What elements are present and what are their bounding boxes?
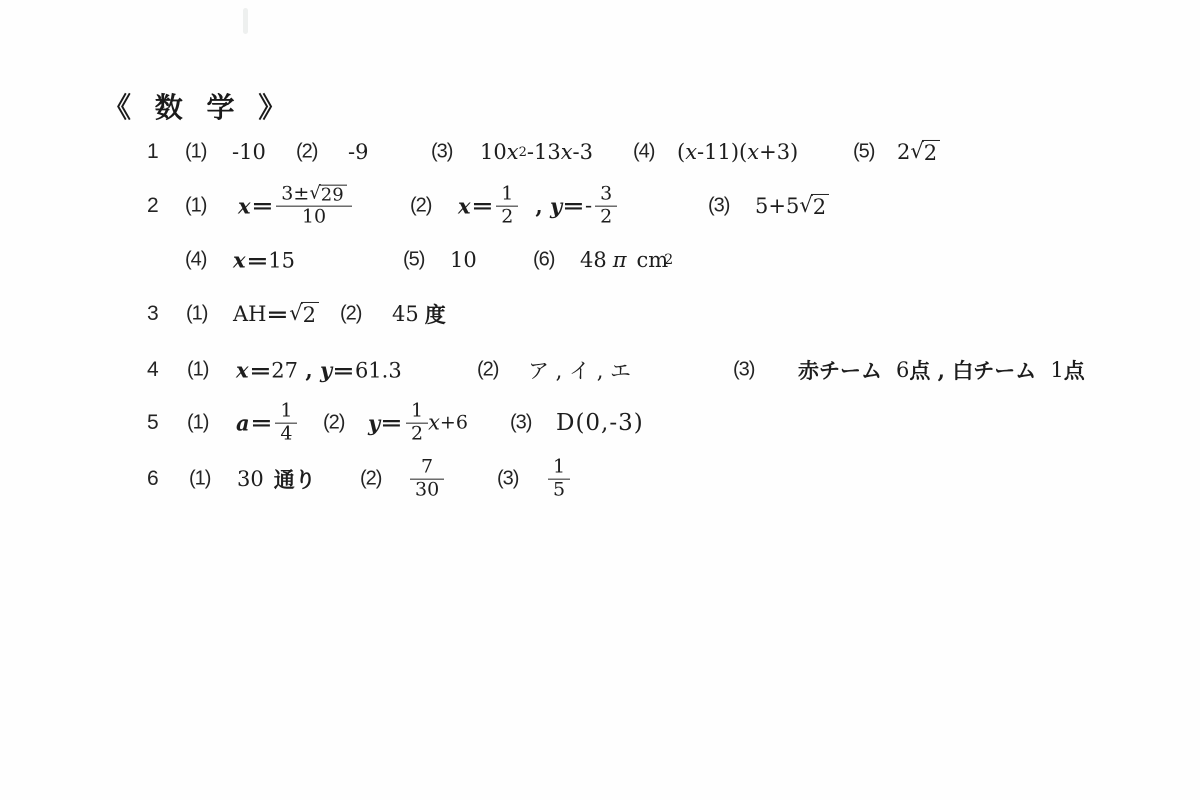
p2-a3-label: (3) <box>708 195 729 218</box>
p3-a1-value: AH=√2 <box>233 302 319 326</box>
scan-artifact <box>243 8 248 34</box>
fraction: 12 <box>496 184 518 229</box>
problem-2-row-1: 2 (1) x=3±√2910 (2) x=12, y=-32 (3) 5+5√… <box>0 176 1200 236</box>
p5-a2-value: y=12x+6 <box>368 401 468 446</box>
fraction: 3±√2910 <box>276 184 351 229</box>
p6-a1-value: 30通り <box>237 464 316 494</box>
p1-a4-label: (4) <box>633 141 654 164</box>
problem-3-number: 3 <box>147 302 159 326</box>
p2-a6-label: (6) <box>533 249 554 272</box>
p2-a2-value: x=12, y=-32 <box>458 184 620 229</box>
p2-a4-value: x=15 <box>233 248 295 273</box>
problem-5-number: 5 <box>147 411 159 435</box>
p1-a1-value: -10 <box>232 140 266 164</box>
problem-2-number: 2 <box>147 194 159 218</box>
p1-a3-value: 10x2-13x-3 <box>480 140 593 164</box>
p5-a3-label: (3) <box>510 412 531 435</box>
p2-a5-label: (5) <box>403 249 424 272</box>
sqrt-radical: √29 <box>309 185 346 206</box>
p2-a5-value: 10 <box>450 248 477 272</box>
p4-a1-value: x=27 , y=61.3 <box>236 358 402 383</box>
p2-a6-value: 48πcm2 <box>580 248 673 272</box>
p6-a3-label: (3) <box>497 468 518 491</box>
p4-a3-value: 赤チーム6点 , 白チーム1点 <box>798 355 1085 385</box>
problem-4-row: 4 (1) x=27 , y=61.3 (2) ア , イ , エ (3) 赤チ… <box>0 350 1200 390</box>
p3-a1-label: (1) <box>186 303 207 326</box>
p3-a2-value: 45度 <box>392 299 446 329</box>
problem-6-number: 6 <box>147 467 159 491</box>
p2-a4-label: (4) <box>185 249 206 272</box>
problem-1-row: 1 (1) -10 (2) -9 (3) 10x2-13x-3 (4) (x-1… <box>0 134 1200 170</box>
p1-a2-label: (2) <box>296 141 317 164</box>
fraction: 32 <box>595 184 617 229</box>
p5-a3-value: D(0,-3) <box>556 410 644 436</box>
answer-sheet-page: 《 数 学 》 1 (1) -10 (2) -9 (3) 10x2-13x-3 … <box>0 0 1200 800</box>
p6-a3-value: 15 <box>545 457 573 502</box>
p4-a2-label: (2) <box>477 359 498 382</box>
problem-2-row-2: (4) x=15 (5) 10 (6) 48πcm2 <box>0 240 1200 280</box>
p3-a2-label: (2) <box>340 303 361 326</box>
problem-6-row: 6 (1) 30通り (2) 730 (3) 15 <box>0 448 1200 510</box>
p4-a2-value: ア , イ , エ <box>528 355 631 385</box>
p5-a1-label: (1) <box>187 412 208 435</box>
p5-a1-value: a=14 <box>236 401 300 446</box>
p6-a2-label: (2) <box>360 468 381 491</box>
sqrt-radical: √2 <box>799 194 829 218</box>
p1-a5-label: (5) <box>853 141 874 164</box>
section-title: 《 数 学 》 <box>103 86 293 126</box>
fraction: 14 <box>275 401 297 446</box>
fraction: 12 <box>406 401 428 446</box>
p2-a2-label: (2) <box>410 195 431 218</box>
problem-3-row: 3 (1) AH=√2 (2) 45度 <box>0 294 1200 334</box>
p4-a3-label: (3) <box>733 359 754 382</box>
p1-a5-value: 2√2 <box>897 140 940 164</box>
p6-a1-label: (1) <box>189 468 210 491</box>
p4-a1-label: (1) <box>187 359 208 382</box>
sqrt-radical: √2 <box>910 140 940 164</box>
p2-a1-label: (1) <box>185 195 206 218</box>
p1-a4-value: (x-11)(x+3) <box>677 140 798 164</box>
fraction: 730 <box>410 457 444 502</box>
p1-a2-value: -9 <box>348 140 368 164</box>
p1-a3-label: (3) <box>431 141 452 164</box>
problem-1-number: 1 <box>147 140 159 164</box>
p1-a1-label: (1) <box>185 141 206 164</box>
problem-4-number: 4 <box>147 358 159 382</box>
p2-a3-value: 5+5√2 <box>755 194 829 218</box>
fraction: 15 <box>548 457 570 502</box>
p5-a2-label: (2) <box>323 412 344 435</box>
sqrt-radical: √2 <box>289 302 319 326</box>
p2-a1-value: x=3±√2910 <box>238 184 355 229</box>
p6-a2-value: 730 <box>407 457 447 502</box>
problem-5-row: 5 (1) a=14 (2) y=12x+6 (3) D(0,-3) <box>0 394 1200 452</box>
